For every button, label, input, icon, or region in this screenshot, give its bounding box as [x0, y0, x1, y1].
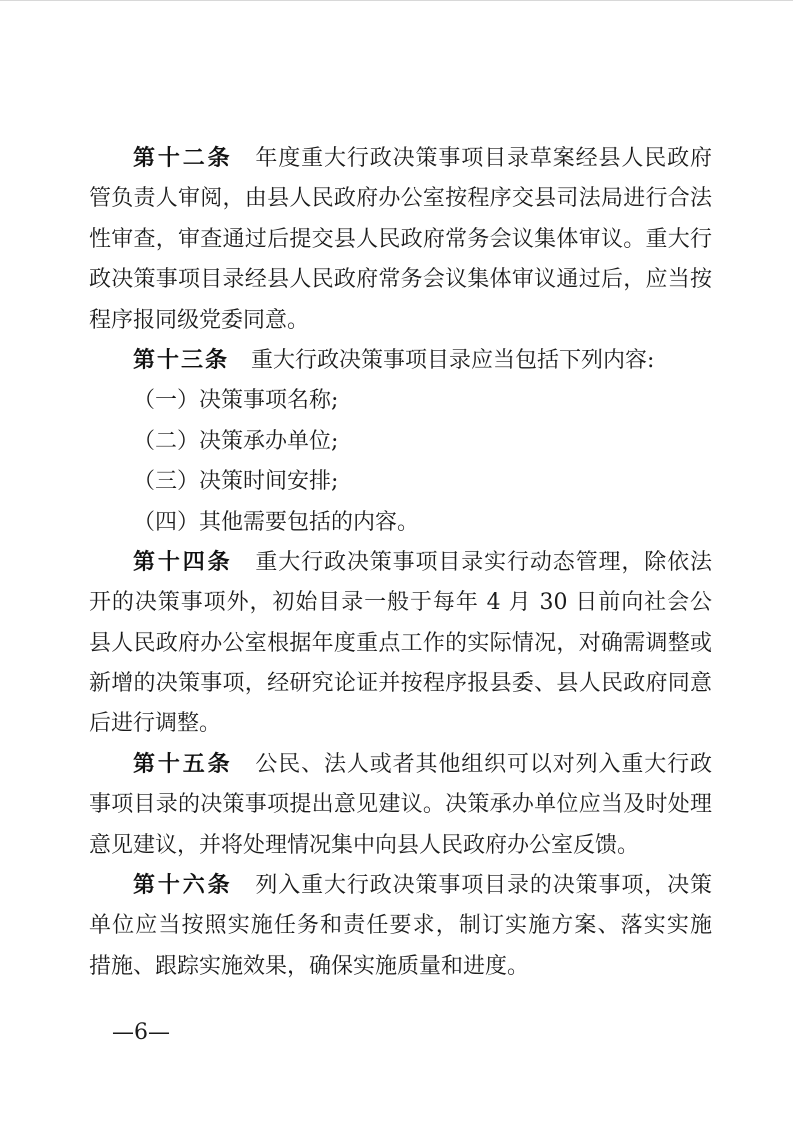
article-15-number: 第十五条 [133, 752, 233, 777]
article-15-line-1: 第十五条 公民、法人或者其他组织可以对列入重大行政决策 [89, 745, 712, 785]
article-14-line-4: 新增的决策事项，经研究论证并按程序报县委、县人民政府同意 [89, 664, 712, 704]
article-15-line-2: 事项目录的决策事项提出意见建议。决策承办单位应当及时处理 [89, 785, 712, 825]
article-12-line-1: 第十二条 年度重大行政决策事项目录草案经县人民政府分 [89, 139, 712, 179]
article-12-line-4: 政决策事项目录经县人民政府常务会议集体审议通过后，应当按 [89, 260, 712, 300]
article-13-opening-text: 重大行政决策事项目录应当包括下列内容: [229, 348, 654, 373]
article-15-line-3: 意见建议，并将处理情况集中向县人民政府办公室反馈。 [89, 826, 712, 866]
article-14-line-2: 开的决策事项外，初始目录一般于每年 4 月 30 日前向社会公布。 [89, 583, 712, 623]
article-12-number: 第十二条 [133, 146, 233, 171]
article-16-line-1: 第十六条 列入重大行政决策事项目录的决策事项，决策承办 [89, 866, 712, 906]
article-12-line-3: 性审查，审查通过后提交县人民政府常务会议集体审议。重大行 [89, 220, 712, 260]
article-14-number: 第十四条 [133, 550, 233, 575]
article-13-item-4: （四）其他需要包括的内容。 [89, 503, 712, 543]
article-14-line-1: 第十四条 重大行政决策事项目录实行动态管理，除依法不公 [89, 543, 712, 583]
article-13-item-1: （一）决策事项名称; [89, 381, 712, 421]
article-12-line-2: 管负责人审阅，由县人民政府办公室按程序交县司法局进行合法 [89, 179, 712, 219]
document-page: 第十二条 年度重大行政决策事项目录草案经县人民政府分 管负责人审阅，由县人民政府… [0, 0, 793, 1122]
article-12-line-5: 程序报同级党委同意。 [89, 301, 712, 341]
article-13-item-2: （二）决策承办单位; [89, 422, 712, 462]
article-13-item-3: （三）决策时间安排; [89, 462, 712, 502]
article-16-line-3: 措施、跟踪实施效果，确保实施质量和进度。 [89, 947, 712, 987]
article-13-number: 第十三条 [133, 348, 229, 373]
article-14-line-5: 后进行调整。 [89, 704, 712, 744]
article-14-line-3: 县人民政府办公室根据年度重点工作的实际情况，对确需调整或 [89, 624, 712, 664]
page-number: —6— [112, 1021, 170, 1045]
article-16-number: 第十六条 [133, 873, 233, 898]
article-13-line-1: 第十三条 重大行政决策事项目录应当包括下列内容: [89, 341, 712, 381]
scan-edge-line [0, 0, 793, 1]
document-body: 第十二条 年度重大行政决策事项目录草案经县人民政府分 管负责人审阅，由县人民政府… [89, 139, 712, 987]
article-16-line-2: 单位应当按照实施任务和责任要求，制订实施方案、落实实施 [89, 906, 712, 946]
